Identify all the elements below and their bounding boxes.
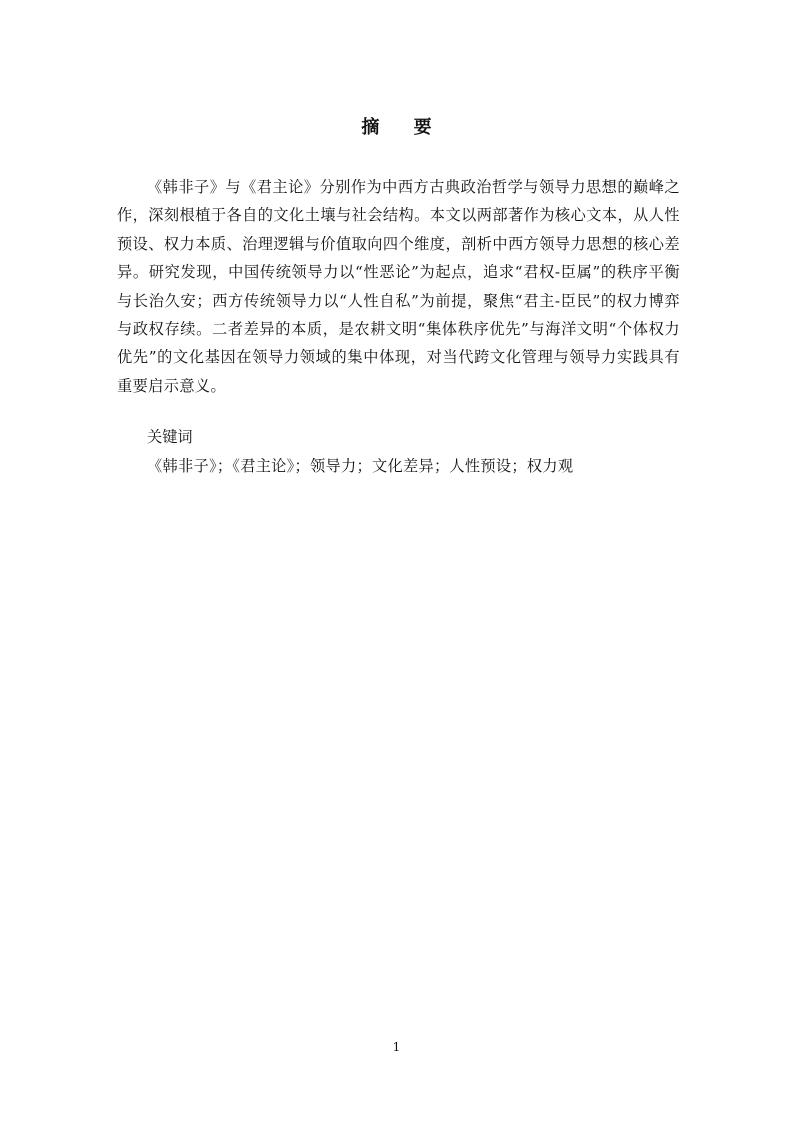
page-title: 摘 要 [0, 113, 793, 139]
keywords-label: 关键词 [147, 426, 193, 447]
keywords-list: 《韩非子》；《君主论》；领导力；文化差异；人性预设；权力观 [147, 455, 573, 476]
abstract-paragraph: 《韩非子》与《君主论》分别作为中西方古典政治哲学与领导力思想的巅峰之作，深刻根植… [117, 173, 680, 400]
page-number: 1 [0, 1040, 793, 1054]
